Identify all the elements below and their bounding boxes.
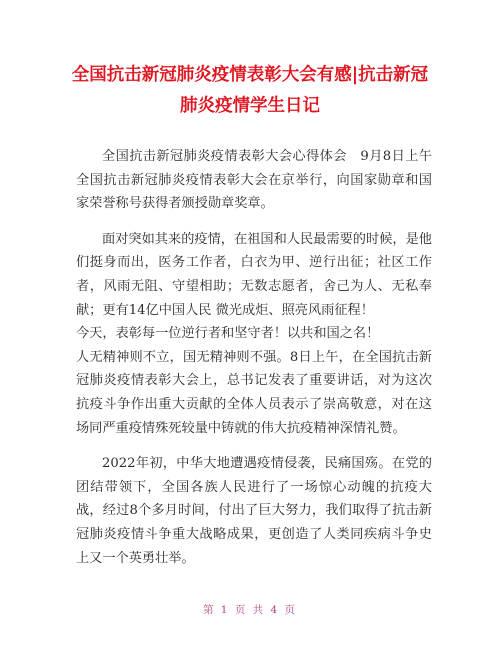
paragraph-spirit: 人无精神则不立，国无精神则不强。8日上午，在全国抗击新冠肺炎疫情表彰大会上，总书…	[76, 346, 432, 440]
paragraph-commendation: 今天，表彰每一位逆行者和坚守者！以共和国之名！	[76, 322, 432, 346]
title-line-2: 肺炎疫情学生日记	[60, 91, 440, 122]
document-title: 全国抗击新冠肺炎疫情表彰大会有感|抗击新冠 肺炎疫情学生日记	[60, 60, 440, 122]
paragraph-intro: 全国抗击新冠肺炎疫情表彰大会心得体会 9月8日上午全国抗击新冠肺炎疫情表彰大会在…	[76, 145, 432, 216]
paragraph-heroes: 面对突如其来的疫情，在祖国和人民最需要的时候，是他们挺身而出，医务工作者，白衣为…	[76, 228, 432, 322]
title-line-1: 全国抗击新冠肺炎疫情表彰大会有感|抗击新冠	[60, 60, 440, 91]
document-body: 全国抗击新冠肺炎疫情表彰大会心得体会 9月8日上午全国抗击新冠肺炎疫情表彰大会在…	[76, 145, 432, 570]
paragraph-achievement: 2022年初，中华大地遭遇疫情侵袭，民痛国殇。在党的团结带领下，全国各族人民进行…	[76, 452, 432, 570]
document-page: 全国抗击新冠肺炎疫情表彰大会有感|抗击新冠 肺炎疫情学生日记 全国抗击新冠肺炎疫…	[0, 0, 500, 647]
page-footer: 第 1 页 共 4 页	[0, 602, 500, 617]
